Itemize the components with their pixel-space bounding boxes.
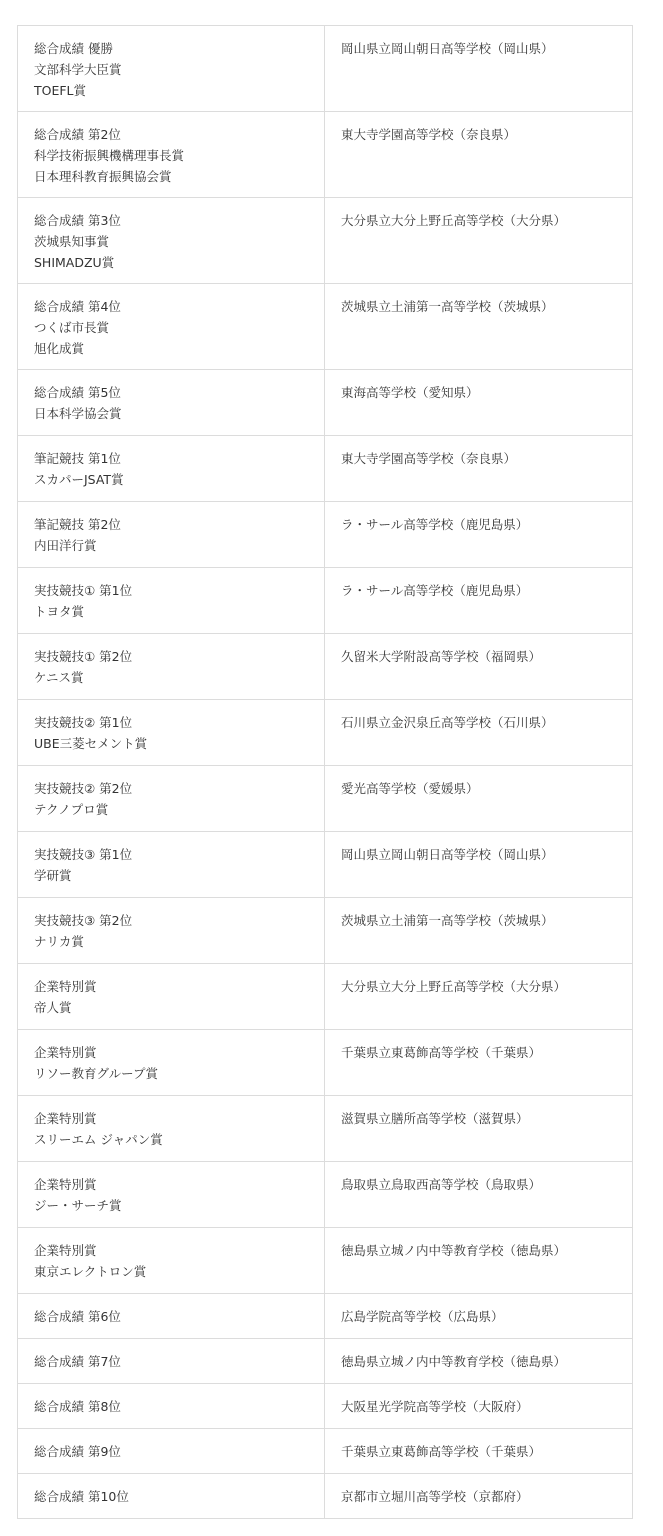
school-cell: 久留米大学附設高等学校（福岡県）	[325, 634, 633, 700]
award-category: 筆記競技 第1位	[34, 448, 308, 469]
table-row: 総合成績 第10位京都市立堀川高等学校（京都府）	[18, 1474, 633, 1519]
table-row: 総合成績 第6位広島学院高等学校（広島県）	[18, 1294, 633, 1339]
award-prize-name: ナリカ賞	[34, 931, 308, 952]
award-category: 企業特別賞	[34, 1108, 308, 1129]
table-row: 企業特別賞スリーエム ジャパン賞滋賀県立膳所高等学校（滋賀県）	[18, 1096, 633, 1162]
award-category: 総合成績 第6位	[34, 1306, 308, 1327]
award-prize-name: 茨城県知事賞	[34, 231, 308, 252]
award-category: 総合成績 第4位	[34, 296, 308, 317]
school-cell: 鳥取県立鳥取西高等学校（鳥取県）	[325, 1162, 633, 1228]
award-cell: 総合成績 第9位	[18, 1429, 325, 1474]
award-category: 総合成績 優勝	[34, 38, 308, 59]
award-prize-name: テクノプロ賞	[34, 799, 308, 820]
school-name: 京都市立堀川高等学校（京都府）	[341, 1486, 616, 1507]
school-name: 大分県立大分上野丘高等学校（大分県）	[341, 210, 616, 231]
award-category: 企業特別賞	[34, 1240, 308, 1261]
award-prize-name: SHIMADZU賞	[34, 252, 308, 273]
award-cell: 企業特別賞東京エレクトロン賞	[18, 1228, 325, 1294]
school-cell: 大阪星光学院高等学校（大阪府）	[325, 1384, 633, 1429]
award-prize-name: 内田洋行賞	[34, 535, 308, 556]
award-cell: 実技競技③ 第2位ナリカ賞	[18, 898, 325, 964]
school-cell: 東大寺学園高等学校（奈良県）	[325, 436, 633, 502]
school-name: 久留米大学附設高等学校（福岡県）	[341, 646, 616, 667]
award-prize-name: 科学技術振興機構理事長賞	[34, 145, 308, 166]
table-row: 企業特別賞東京エレクトロン賞徳島県立城ノ内中等教育学校（徳島県）	[18, 1228, 633, 1294]
school-name: 岡山県立岡山朝日高等学校（岡山県）	[341, 38, 616, 59]
table-row: 総合成績 第5位日本科学協会賞東海高等学校（愛知県）	[18, 370, 633, 436]
table-row: 総合成績 第7位徳島県立城ノ内中等教育学校（徳島県）	[18, 1339, 633, 1384]
award-cell: 総合成績 第5位日本科学協会賞	[18, 370, 325, 436]
school-name: 千葉県立東葛飾高等学校（千葉県）	[341, 1042, 616, 1063]
award-prize-name: 日本科学協会賞	[34, 403, 308, 424]
school-cell: 茨城県立土浦第一高等学校（茨城県）	[325, 284, 633, 370]
award-cell: 総合成績 第3位茨城県知事賞SHIMADZU賞	[18, 198, 325, 284]
award-cell: 総合成績 第10位	[18, 1474, 325, 1519]
award-category: 総合成績 第3位	[34, 210, 308, 231]
award-prize-name: ジー・サーチ賞	[34, 1195, 308, 1216]
award-cell: 総合成績 第2位科学技術振興機構理事長賞日本理科教育振興協会賞	[18, 112, 325, 198]
award-cell: 総合成績 第6位	[18, 1294, 325, 1339]
school-name: 大分県立大分上野丘高等学校（大分県）	[341, 976, 616, 997]
award-category: 企業特別賞	[34, 1174, 308, 1195]
school-name: 滋賀県立膳所高等学校（滋賀県）	[341, 1108, 616, 1129]
table-row: 企業特別賞帝人賞大分県立大分上野丘高等学校（大分県）	[18, 964, 633, 1030]
school-cell: 愛光高等学校（愛媛県）	[325, 766, 633, 832]
school-cell: 徳島県立城ノ内中等教育学校（徳島県）	[325, 1228, 633, 1294]
table-row: 実技競技② 第2位テクノプロ賞愛光高等学校（愛媛県）	[18, 766, 633, 832]
school-cell: 大分県立大分上野丘高等学校（大分県）	[325, 964, 633, 1030]
award-cell: 総合成績 第7位	[18, 1339, 325, 1384]
school-cell: ラ・サール高等学校（鹿児島県）	[325, 568, 633, 634]
award-cell: 筆記競技 第1位スカパーJSAT賞	[18, 436, 325, 502]
school-cell: 岡山県立岡山朝日高等学校（岡山県）	[325, 26, 633, 112]
school-name: 茨城県立土浦第一高等学校（茨城県）	[341, 910, 616, 931]
school-cell: 石川県立金沢泉丘高等学校（石川県）	[325, 700, 633, 766]
school-cell: 千葉県立東葛飾高等学校（千葉県）	[325, 1030, 633, 1096]
school-name: 東大寺学園高等学校（奈良県）	[341, 448, 616, 469]
school-name: 鳥取県立鳥取西高等学校（鳥取県）	[341, 1174, 616, 1195]
award-category: 総合成績 第7位	[34, 1351, 308, 1372]
school-cell: 滋賀県立膳所高等学校（滋賀県）	[325, 1096, 633, 1162]
award-category: 実技競技③ 第2位	[34, 910, 308, 931]
school-cell: ラ・サール高等学校（鹿児島県）	[325, 502, 633, 568]
results-table-body: 総合成績 優勝文部科学大臣賞TOEFL賞岡山県立岡山朝日高等学校（岡山県）総合成…	[18, 26, 633, 1519]
school-cell: 広島学院高等学校（広島県）	[325, 1294, 633, 1339]
award-category: 実技競技③ 第1位	[34, 844, 308, 865]
school-cell: 千葉県立東葛飾高等学校（千葉県）	[325, 1429, 633, 1474]
school-cell: 東海高等学校（愛知県）	[325, 370, 633, 436]
award-category: 企業特別賞	[34, 976, 308, 997]
table-row: 実技競技③ 第2位ナリカ賞茨城県立土浦第一高等学校（茨城県）	[18, 898, 633, 964]
award-category: 総合成績 第5位	[34, 382, 308, 403]
award-cell: 企業特別賞リソー教育グループ賞	[18, 1030, 325, 1096]
table-row: 総合成績 第3位茨城県知事賞SHIMADZU賞大分県立大分上野丘高等学校（大分県…	[18, 198, 633, 284]
award-category: 総合成績 第2位	[34, 124, 308, 145]
award-cell: 実技競技③ 第1位学研賞	[18, 832, 325, 898]
award-category: 企業特別賞	[34, 1042, 308, 1063]
table-row: 実技競技① 第1位トヨタ賞ラ・サール高等学校（鹿児島県）	[18, 568, 633, 634]
table-row: 総合成績 優勝文部科学大臣賞TOEFL賞岡山県立岡山朝日高等学校（岡山県）	[18, 26, 633, 112]
school-name: 大阪星光学院高等学校（大阪府）	[341, 1396, 616, 1417]
school-name: 岡山県立岡山朝日高等学校（岡山県）	[341, 844, 616, 865]
award-cell: 企業特別賞帝人賞	[18, 964, 325, 1030]
award-prize-name: 日本理科教育振興協会賞	[34, 166, 308, 187]
school-name: 茨城県立土浦第一高等学校（茨城県）	[341, 296, 616, 317]
award-prize-name: トヨタ賞	[34, 601, 308, 622]
table-row: 実技競技② 第1位UBE三菱セメント賞石川県立金沢泉丘高等学校（石川県）	[18, 700, 633, 766]
table-row: 筆記競技 第1位スカパーJSAT賞東大寺学園高等学校（奈良県）	[18, 436, 633, 502]
award-prize-name: 東京エレクトロン賞	[34, 1261, 308, 1282]
award-category: 実技競技② 第1位	[34, 712, 308, 733]
school-name: 広島学院高等学校（広島県）	[341, 1306, 616, 1327]
award-category: 実技競技① 第1位	[34, 580, 308, 601]
award-cell: 総合成績 優勝文部科学大臣賞TOEFL賞	[18, 26, 325, 112]
table-row: 総合成績 第4位つくば市長賞旭化成賞茨城県立土浦第一高等学校（茨城県）	[18, 284, 633, 370]
school-name: 徳島県立城ノ内中等教育学校（徳島県）	[341, 1351, 616, 1372]
table-row: 企業特別賞ジー・サーチ賞鳥取県立鳥取西高等学校（鳥取県）	[18, 1162, 633, 1228]
table-row: 企業特別賞リソー教育グループ賞千葉県立東葛飾高等学校（千葉県）	[18, 1030, 633, 1096]
table-row: 総合成績 第8位大阪星光学院高等学校（大阪府）	[18, 1384, 633, 1429]
school-name: 東海高等学校（愛知県）	[341, 382, 616, 403]
award-cell: 実技競技① 第2位ケニス賞	[18, 634, 325, 700]
school-name: 千葉県立東葛飾高等学校（千葉県）	[341, 1441, 616, 1462]
award-cell: 実技競技① 第1位トヨタ賞	[18, 568, 325, 634]
school-name: 愛光高等学校（愛媛県）	[341, 778, 616, 799]
table-row: 総合成績 第2位科学技術振興機構理事長賞日本理科教育振興協会賞東大寺学園高等学校…	[18, 112, 633, 198]
school-name: ラ・サール高等学校（鹿児島県）	[341, 514, 616, 535]
results-table-container: 総合成績 優勝文部科学大臣賞TOEFL賞岡山県立岡山朝日高等学校（岡山県）総合成…	[17, 25, 632, 1519]
table-row: 筆記競技 第2位内田洋行賞ラ・サール高等学校（鹿児島県）	[18, 502, 633, 568]
award-prize-name: スリーエム ジャパン賞	[34, 1129, 308, 1150]
award-category: 総合成績 第9位	[34, 1441, 308, 1462]
award-prize-name: 旭化成賞	[34, 338, 308, 359]
award-cell: 企業特別賞ジー・サーチ賞	[18, 1162, 325, 1228]
school-name: 徳島県立城ノ内中等教育学校（徳島県）	[341, 1240, 616, 1261]
table-row: 実技競技③ 第1位学研賞岡山県立岡山朝日高等学校（岡山県）	[18, 832, 633, 898]
school-cell: 大分県立大分上野丘高等学校（大分県）	[325, 198, 633, 284]
table-row: 実技競技① 第2位ケニス賞久留米大学附設高等学校（福岡県）	[18, 634, 633, 700]
award-prize-name: TOEFL賞	[34, 80, 308, 101]
award-prize-name: ケニス賞	[34, 667, 308, 688]
school-cell: 徳島県立城ノ内中等教育学校（徳島県）	[325, 1339, 633, 1384]
award-prize-name: 帝人賞	[34, 997, 308, 1018]
award-cell: 総合成績 第4位つくば市長賞旭化成賞	[18, 284, 325, 370]
award-category: 筆記競技 第2位	[34, 514, 308, 535]
award-prize-name: 文部科学大臣賞	[34, 59, 308, 80]
school-cell: 岡山県立岡山朝日高等学校（岡山県）	[325, 832, 633, 898]
award-category: 総合成績 第8位	[34, 1396, 308, 1417]
award-category: 総合成績 第10位	[34, 1486, 308, 1507]
award-cell: 総合成績 第8位	[18, 1384, 325, 1429]
award-prize-name: つくば市長賞	[34, 317, 308, 338]
award-prize-name: 学研賞	[34, 865, 308, 886]
school-name: ラ・サール高等学校（鹿児島県）	[341, 580, 616, 601]
award-cell: 筆記競技 第2位内田洋行賞	[18, 502, 325, 568]
award-prize-name: UBE三菱セメント賞	[34, 733, 308, 754]
award-results-table: 総合成績 優勝文部科学大臣賞TOEFL賞岡山県立岡山朝日高等学校（岡山県）総合成…	[17, 25, 633, 1519]
school-name: 石川県立金沢泉丘高等学校（石川県）	[341, 712, 616, 733]
school-cell: 茨城県立土浦第一高等学校（茨城県）	[325, 898, 633, 964]
table-row: 総合成績 第9位千葉県立東葛飾高等学校（千葉県）	[18, 1429, 633, 1474]
school-cell: 京都市立堀川高等学校（京都府）	[325, 1474, 633, 1519]
school-name: 東大寺学園高等学校（奈良県）	[341, 124, 616, 145]
award-cell: 実技競技② 第1位UBE三菱セメント賞	[18, 700, 325, 766]
award-cell: 企業特別賞スリーエム ジャパン賞	[18, 1096, 325, 1162]
award-cell: 実技競技② 第2位テクノプロ賞	[18, 766, 325, 832]
award-prize-name: スカパーJSAT賞	[34, 469, 308, 490]
award-prize-name: リソー教育グループ賞	[34, 1063, 308, 1084]
award-category: 実技競技① 第2位	[34, 646, 308, 667]
school-cell: 東大寺学園高等学校（奈良県）	[325, 112, 633, 198]
award-category: 実技競技② 第2位	[34, 778, 308, 799]
